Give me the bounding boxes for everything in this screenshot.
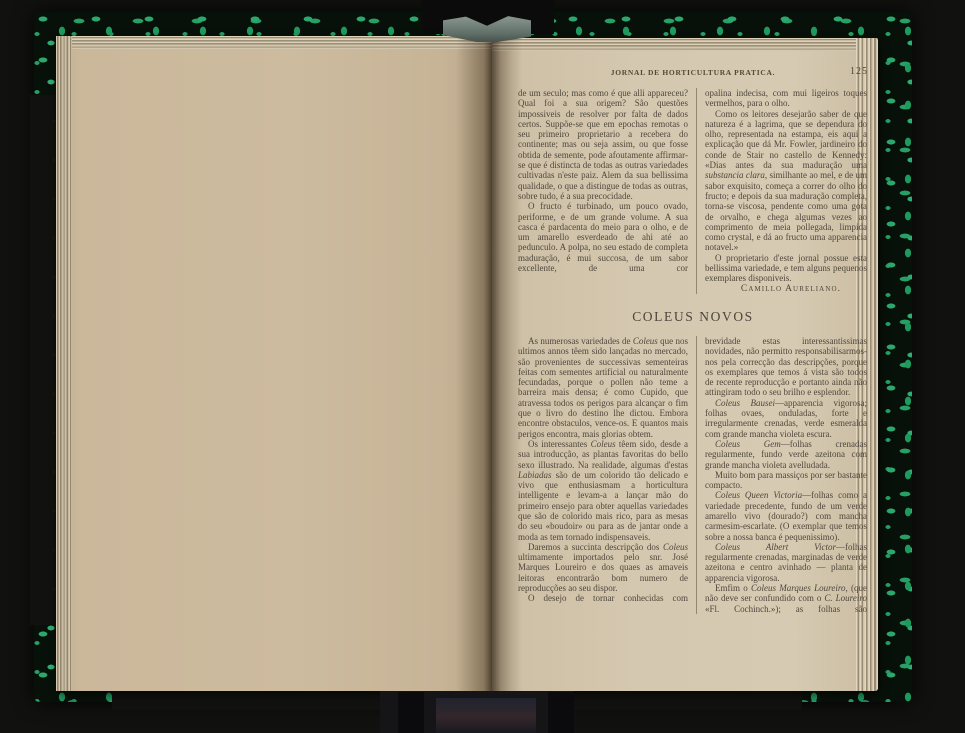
paragraph: Coleus Bausei—apparencia vigorosa; folha…: [705, 398, 867, 439]
page-edges-top-left-page: [56, 36, 492, 49]
running-head: JORNAL DE HORTICULTURA PRATICA. 125: [518, 68, 868, 83]
paragraph: O fructo é turbinado, um pouco ovado, pe…: [518, 201, 688, 273]
page-edges-fore-edge-left: [56, 36, 72, 691]
article-fruit-columns: de um seculo; mas como é que alli appare…: [518, 88, 868, 294]
book-stand-post-right: [548, 692, 574, 733]
printed-text-area: JORNAL DE HORTICULTURA PRATICA. 125 de u…: [518, 68, 868, 614]
article-coleus-left-column: As numerosas variedades de Coleus que no…: [518, 336, 688, 604]
paragraph: de um seculo; mas como é que alli appare…: [518, 88, 688, 201]
article-heading-coleus-novos: COLEUS NOVOS: [518, 309, 868, 325]
author-signature: Camillo Aureliano.: [705, 284, 867, 294]
article-coleus-right-column: brevidade estas interessantissimas novid…: [696, 336, 867, 614]
paragraph: Coleus Gem—folhas crenadas regularmente,…: [705, 439, 867, 470]
article-coleus-columns: As numerosas variedades de Coleus que no…: [518, 336, 868, 614]
paragraph: Coleus Albert Victor—folhas regularmente…: [705, 542, 867, 583]
paragraph: Como os leitores desejarão saber de que …: [705, 109, 867, 253]
paragraph: brevidade estas interessantissimas novid…: [705, 336, 867, 398]
paragraph: O proprietario d'este jornal possue esta…: [705, 253, 867, 284]
photographed-open-book-scene: JORNAL DE HORTICULTURA PRATICA. 125 de u…: [0, 0, 965, 733]
page-number: 125: [850, 66, 868, 77]
paragraph: As numerosas variedades de Coleus que no…: [518, 336, 688, 439]
book-stand-post-left: [398, 692, 424, 733]
book-stand-wedge: [436, 698, 536, 733]
article-fruit-right-column: opalina indecisa, com mui ligeiros toque…: [696, 88, 867, 294]
paragraph: Daremos a succinta descripção dos Coleus…: [518, 542, 688, 593]
paragraph: Os interessantes Coleus têem sido, desde…: [518, 439, 688, 542]
paragraph: Muito bom para massiços por ser bastante…: [705, 470, 867, 491]
paragraph: O desejo de tornar conhecidas com: [518, 593, 688, 603]
paragraph: Coleus Queen Victoria—folhas como a vari…: [705, 490, 867, 541]
article-fruit-left-column: de um seculo; mas como é que alli appare…: [518, 88, 688, 273]
paragraph: opalina indecisa, com mui ligeiros toque…: [705, 88, 867, 109]
right-page: JORNAL DE HORTICULTURA PRATICA. 125 de u…: [492, 38, 878, 691]
page-edges-top-right-page: [492, 38, 878, 51]
journal-title: JORNAL DE HORTICULTURA PRATICA.: [611, 68, 775, 77]
paragraph: Emfim o Coleus Marques Loureiro, (que nã…: [705, 583, 867, 614]
left-page-blank: [56, 36, 492, 691]
